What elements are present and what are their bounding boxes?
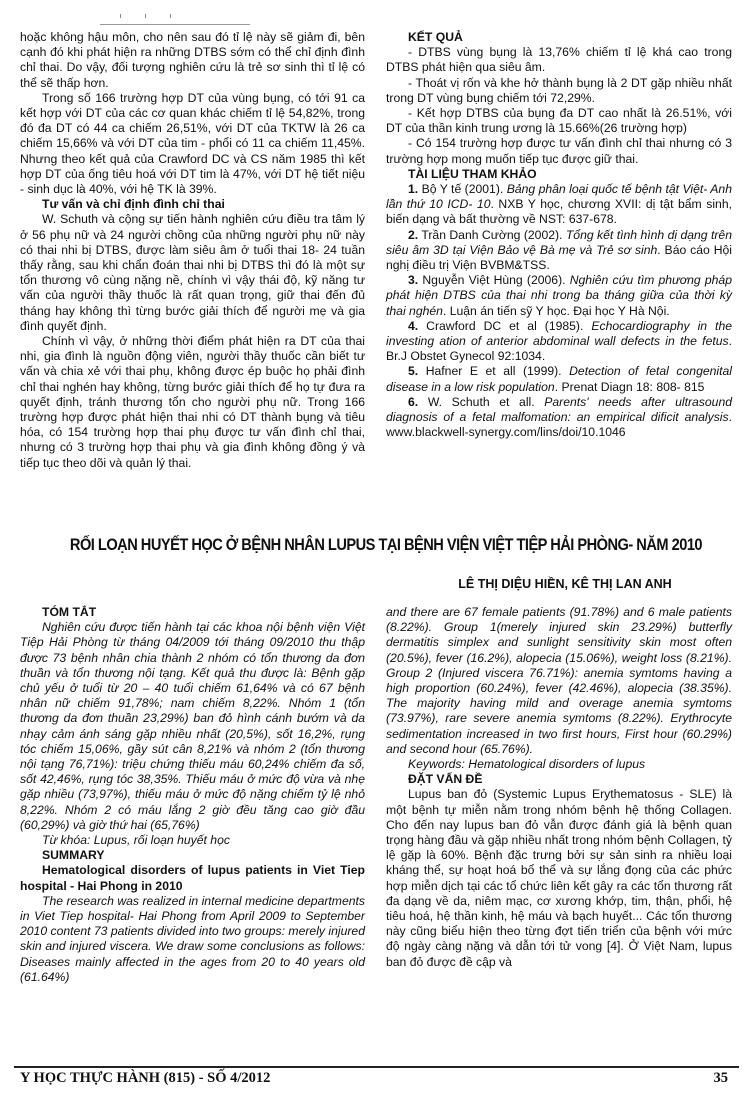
references-heading: TÀI LIỆU THAM KHẢO: [408, 167, 732, 182]
abstract-heading: TÓM TẮT: [42, 605, 365, 620]
paragraph: Chính vì vậy, ở những thời điểm phát hiệ…: [20, 334, 365, 471]
keywords: Từ khóa: Lupus, rối loạn huyết học: [20, 833, 365, 848]
article-title: RỐI LOẠN HUYẾT HỌC Ở BỆNH NHÂN LUPUS TẠI…: [70, 535, 683, 555]
paragraph: hoặc không hậu môn, cho nên sau đó tỉ lệ…: [20, 30, 365, 91]
reference-item: 6. W. Schuth et all. Parents' needs afte…: [386, 395, 732, 441]
reference-item: 2. Trần Danh Cường (2002). Tổng kết tình…: [386, 228, 732, 274]
article-authors: LÊ THỊ DIỆU HIỀN, KÊ THỊ LAN ANH: [400, 577, 730, 591]
keywords-en: Keywords: Hematological disorders of lup…: [386, 757, 732, 772]
column-bottom-right: and there are 67 female patients (91.78%…: [386, 605, 732, 970]
intro-text: Lupus ban đỏ (Systemic Lupus Erythematos…: [386, 787, 732, 969]
section-heading: Tư vấn và chỉ định đình chỉ thai: [42, 197, 365, 212]
summary-title: Hematological disorders of lupus patient…: [20, 863, 365, 893]
journal-footer: Y HỌC THỰC HÀNH (815) - SỐ 4/2012: [20, 1070, 270, 1087]
summary-text-continued: and there are 67 female patients (91.78%…: [386, 605, 732, 757]
paragraph: W. Schuth và cộng sự tiến hành nghiên cứ…: [20, 212, 365, 334]
column-top-left: hoặc không hậu môn, cho nên sau đó tỉ lệ…: [20, 30, 365, 471]
summary-heading: SUMMARY: [42, 848, 365, 863]
results-heading: KẾT QUẢ: [408, 30, 732, 45]
reference-item: 5. Hafner E et all (1999). Detection of …: [386, 364, 732, 394]
reference-item: 4. Crawford DC et al (1985). Echocardiog…: [386, 319, 732, 365]
paragraph: Trong số 166 trường hợp DT của vùng bụng…: [20, 91, 365, 197]
footer-divider: [14, 1066, 739, 1068]
summary-text: The research was realized in internal me…: [20, 894, 365, 985]
reference-item: 3. Nguyễn Việt Hùng (2006). Nghiên cứu t…: [386, 273, 732, 319]
result-item: - DTBS vùng bụng là 13,76% chiếm tỉ lệ k…: [386, 45, 732, 75]
result-item: - Thoát vị rốn và khe hở thành bụng là 2…: [386, 76, 732, 106]
journal-page: hoặc không hậu môn, cho nên sau đó tỉ lệ…: [0, 0, 753, 1103]
column-top-right: KẾT QUẢ - DTBS vùng bụng là 13,76% chiếm…: [386, 30, 732, 440]
intro-heading: ĐẶT VẤN ĐỀ: [408, 772, 732, 787]
scan-artifact: [100, 12, 250, 25]
reference-item: 1. Bộ Y tế (2001). Bảng phân loại quốc t…: [386, 182, 732, 228]
result-item: - Kết hợp DTBS của bụng đa DT cao nhất l…: [386, 106, 732, 136]
result-item: - Có 154 trường hợp được tư vấn đình chỉ…: [386, 136, 732, 166]
column-bottom-left: TÓM TẮT Nghiên cứu được tiến hành tại cá…: [20, 605, 365, 985]
page-number: 35: [714, 1070, 729, 1087]
abstract-text: Nghiên cứu được tiến hành tại các khoa n…: [20, 620, 365, 833]
